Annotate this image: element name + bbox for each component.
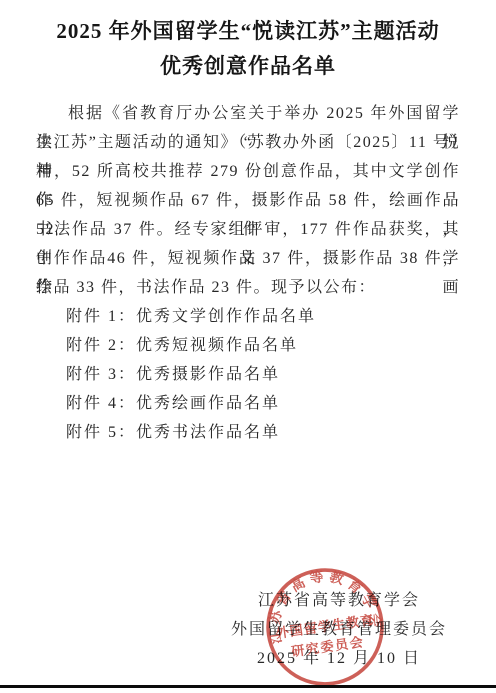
attachment-line-5: 附件 5：优秀书法作品名单 — [36, 418, 460, 447]
title-line-2: 优秀创意作品名单 — [0, 49, 496, 84]
attachment-line-3: 附件 3：优秀摄影作品名单 — [36, 360, 460, 389]
body-line: 读江苏”主题活动的通知》（苏教办外函〔2025〕11 号）精 — [36, 128, 460, 157]
document-body: 根据《省教育厅办公室关于举办 2025 年外国留学生“悦 读江苏”主题活动的通知… — [36, 99, 460, 447]
body-line: 根据《省教育厅办公室关于举办 2025 年外国留学生“悦 — [36, 99, 460, 128]
title-line-1: 2025 年外国留学生“悦读江苏”主题活动 — [0, 14, 496, 49]
body-line: 神，52 所高校共推荐 279 份创意作品，其中文学创作作品 — [36, 157, 460, 186]
attachment-line-2: 附件 2：优秀短视频作品名单 — [36, 331, 460, 360]
attachment-line-1: 附件 1：优秀文学创作作品名单 — [36, 302, 460, 331]
document-title: 2025 年外国留学生“悦读江苏”主题活动 优秀创意作品名单 — [0, 14, 496, 84]
document-page: 2025 年外国留学生“悦读江苏”主题活动 优秀创意作品名单 根据《省教育厅办公… — [0, 0, 496, 693]
page-bottom-rule — [0, 685, 496, 688]
official-seal-stamp: 江苏省高等教育学会 外国留学生教育 研究委员会 — [254, 556, 396, 693]
body-line: 创作作品46 件，短视频作品 37 件，摄影作品 38 件，绘画 — [36, 244, 460, 273]
body-line: 65 件，短视频作品 67 件，摄影作品 58 件，绘画作品 52 件， — [36, 186, 460, 215]
attachment-line-4: 附件 4：优秀绘画作品名单 — [36, 389, 460, 418]
body-line: 书法作品 37 件。经专家组评审，177 件作品获奖，其中文学 — [36, 215, 460, 244]
